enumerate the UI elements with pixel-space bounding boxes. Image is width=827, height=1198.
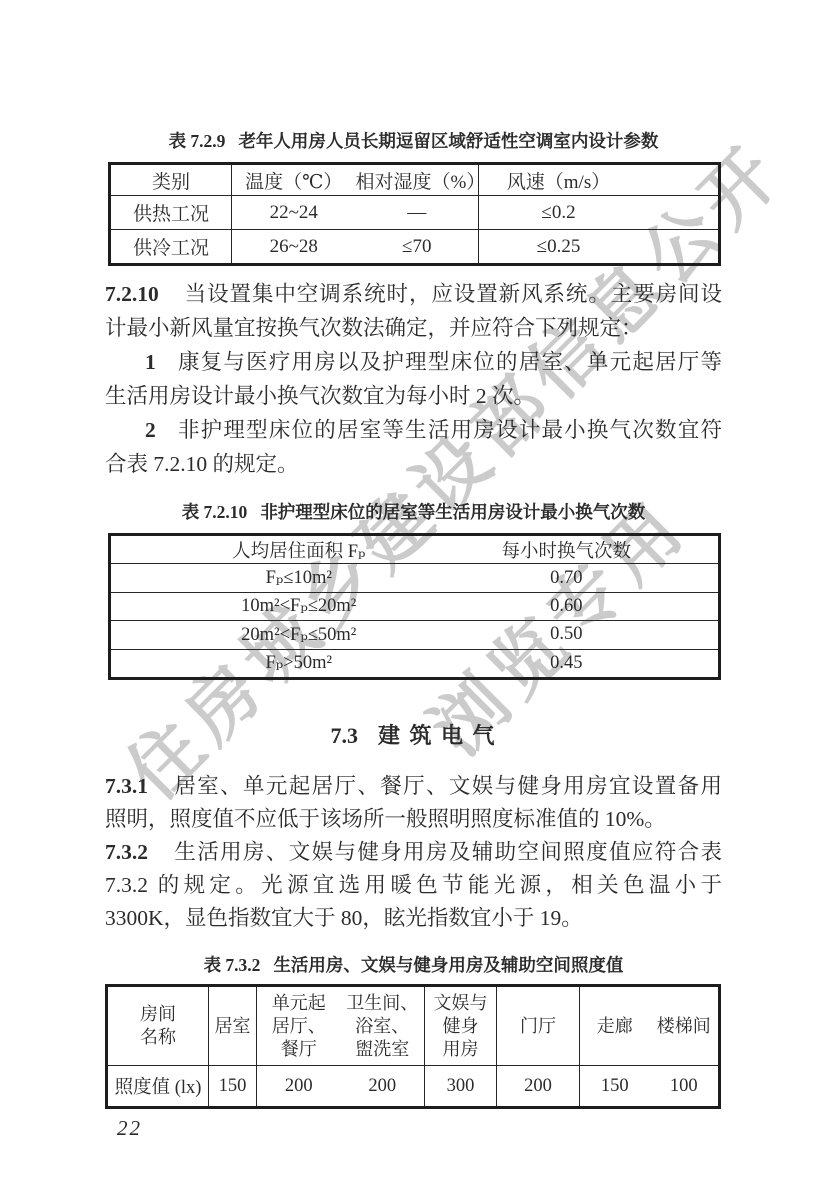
caption-title: 老年人用房人员长期逗留区域舒适性空调室内设计参数: [238, 131, 658, 151]
table-7-2-10-caption: 表 7.2.10非护理型床位的居室等生活用房设计最小换气次数: [0, 500, 827, 524]
paragraph-number: 7.2.10: [105, 282, 159, 306]
data-cell: ≤0.25: [479, 230, 720, 265]
text: 生活用房、文娱与健身用房及辅助空间照度值应符合表: [173, 840, 722, 864]
data-cell: 供热工况: [110, 196, 232, 230]
data-cell: 100: [650, 1066, 720, 1108]
text-line: 7.3.2 的规定。光源宜选用暖色节能光源，相关色温小于: [105, 869, 722, 902]
text-line: 1康复与医疗用房以及护理型床位的居室、单元起居厅等: [105, 345, 722, 379]
caption-label: 表 7.3.2: [204, 955, 261, 975]
data-cell: Fₚ>50m²: [110, 649, 415, 678]
caption-title: 生活用房、文娱与健身用房及辅助空间照度值: [273, 955, 623, 975]
text-line: 7.3.1居室、单元起居厅、餐厅、文娱与健身用房宜设置备用: [105, 770, 722, 803]
paragraph-7-3-1: 7.3.1居室、单元起居厅、餐厅、文娱与健身用房宜设置备用 照明，照度值不应低于…: [105, 770, 722, 836]
caption-title: 非护理型床位的居室等生活用房设计最小换气次数: [260, 502, 645, 522]
text: 居室、单元起居厅、餐厅、文娱与健身用房宜设置备用: [173, 774, 722, 798]
text-line: 7.3.2生活用房、文娱与健身用房及辅助空间照度值应符合表: [105, 836, 722, 869]
table-7-3-2: 房间 名称 居室 单元起 居厅、 餐厅 卫生间、 浴室、 盥洗室 文娱与 健身 …: [105, 984, 721, 1109]
text-line: 生活用房设计最小换气次数宜为每小时 2 次。: [105, 379, 722, 413]
paragraph-7-2-10: 7.2.10当设置集中空调系统时，应设置新风系统。主要房间设 计最小新风量宜按换…: [105, 277, 722, 481]
text: 3300K，显色指数宜大于 80，眩光指数宜小于 19。: [105, 906, 583, 930]
paragraph-number: 7.3.2: [105, 840, 148, 864]
header-cell: 居室: [209, 986, 257, 1066]
table-row: Fₚ>50m² 0.45: [110, 649, 720, 678]
table-row: 供热工况 22~24 — ≤0.2: [110, 196, 720, 230]
item-number: 2: [145, 418, 156, 442]
table-row: 20m²<Fₚ≤50m² 0.50: [110, 621, 720, 649]
header-cell: 每小时换气次数: [415, 535, 720, 564]
section-title: 建 筑 电 气: [378, 723, 497, 748]
text-line: 2非护理型床位的居室等生活用房设计最小换气次数宜符: [105, 413, 722, 447]
header-cell: 房间 名称: [107, 986, 209, 1066]
data-cell: 200: [341, 1066, 425, 1108]
text-line: 3300K，显色指数宜大于 80，眩光指数宜小于 19。: [105, 902, 722, 935]
data-cell: 150: [580, 1066, 650, 1108]
text: 生活用房设计最小换气次数宜为每小时 2 次。: [105, 384, 535, 408]
paragraph-7-3-2: 7.3.2生活用房、文娱与健身用房及辅助空间照度值应符合表 7.3.2 的规定。…: [105, 836, 722, 935]
header-cell: 走廊: [580, 986, 650, 1066]
text: 计最小新风量宜按换气次数法确定，并应符合下列规定：: [105, 316, 643, 340]
table-header-row: 类别 温度（℃） 相对湿度（%） 风速（m/s）: [110, 164, 720, 196]
table-row: 照度值 (lx) 150 200 200 300 200 150 100: [107, 1066, 720, 1108]
data-cell: ≤0.2: [479, 196, 720, 230]
text: 非护理型床位的居室等生活用房设计最小换气次数宜符: [177, 418, 722, 442]
text: 当设置集中空调系统时，应设置新风系统。主要房间设: [184, 282, 722, 306]
text: 合表 7.2.10 的规定。: [105, 452, 299, 476]
item-number: 1: [145, 350, 156, 374]
table-row: Fₚ≤10m² 0.70: [110, 564, 720, 592]
caption-label: 表 7.2.10: [182, 502, 248, 522]
header-cell: 风速（m/s）: [479, 164, 720, 196]
table-7-2-10: 人均居住面积 Fₚ 每小时换气次数 Fₚ≤10m² 0.70 10m²<Fₚ≤2…: [108, 533, 721, 680]
header-cell: 楼梯间: [650, 986, 720, 1066]
text-line: 计最小新风量宜按换气次数法确定，并应符合下列规定：: [105, 311, 722, 345]
header-cell: 文娱与 健身 用房: [425, 986, 497, 1066]
data-cell: 200: [257, 1066, 341, 1108]
header-cell: 卫生间、 浴室、 盥洗室: [341, 986, 425, 1066]
data-cell: 0.50: [415, 621, 720, 649]
table-7-2-9: 类别 温度（℃） 相对湿度（%） 风速（m/s） 供热工况 22~24 — ≤0…: [108, 162, 721, 266]
paragraph-number: 7.3.1: [105, 774, 148, 798]
data-cell: Fₚ≤10m²: [110, 564, 415, 592]
text: 7.3.2 的规定。光源宜选用暖色节能光源，相关色温小于: [105, 873, 722, 897]
data-cell: 0.70: [415, 564, 720, 592]
section-number: 7.3: [330, 723, 358, 748]
header-cell: 人均居住面积 Fₚ: [110, 535, 415, 564]
document-page: 住房城乡建设部信息公开 浏览专用 表 7.2.9老年人用房人员长期逗留区域舒适性…: [0, 0, 827, 1198]
text: 照明，照度值不应低于该场所一般照明照度标准值的 10%。: [105, 807, 666, 831]
data-cell: 10m²<Fₚ≤20m²: [110, 592, 415, 620]
text-line: 照明，照度值不应低于该场所一般照明照度标准值的 10%。: [105, 803, 722, 836]
data-cell: 26~28: [232, 230, 356, 265]
section-heading-7-3: 7.3建 筑 电 气: [0, 723, 827, 748]
table-header-row: 人均居住面积 Fₚ 每小时换气次数: [110, 535, 720, 564]
text-line: 7.2.10当设置集中空调系统时，应设置新风系统。主要房间设: [105, 277, 722, 311]
data-cell: 22~24: [232, 196, 356, 230]
data-cell: 200: [497, 1066, 580, 1108]
header-cell: 温度（℃）: [232, 164, 356, 196]
header-cell: 门厅: [497, 986, 580, 1066]
table-7-3-2-caption: 表 7.3.2生活用房、文娱与健身用房及辅助空间照度值: [0, 953, 827, 977]
data-cell: ≤70: [356, 230, 479, 265]
header-cell: 单元起 居厅、 餐厅: [257, 986, 341, 1066]
data-cell: 供冷工况: [110, 230, 232, 265]
caption-label: 表 7.2.9: [169, 131, 226, 151]
header-cell: 类别: [110, 164, 232, 196]
table-row: 供冷工况 26~28 ≤70 ≤0.25: [110, 230, 720, 265]
data-cell: 0.60: [415, 592, 720, 620]
header-cell: 相对湿度（%）: [356, 164, 479, 196]
data-cell: 300: [425, 1066, 497, 1108]
table-header-row: 房间 名称 居室 单元起 居厅、 餐厅 卫生间、 浴室、 盥洗室 文娱与 健身 …: [107, 986, 720, 1066]
table-7-2-9-caption: 表 7.2.9老年人用房人员长期逗留区域舒适性空调室内设计参数: [0, 129, 827, 153]
text: 康复与医疗用房以及护理型床位的居室、单元起居厅等: [177, 350, 722, 374]
text-line: 合表 7.2.10 的规定。: [105, 447, 722, 481]
data-cell: 20m²<Fₚ≤50m²: [110, 621, 415, 649]
data-cell: 150: [209, 1066, 257, 1108]
data-cell: —: [356, 196, 479, 230]
data-cell: 0.45: [415, 649, 720, 678]
page-number: 22: [117, 1116, 142, 1141]
table-row: 10m²<Fₚ≤20m² 0.60: [110, 592, 720, 620]
data-cell: 照度值 (lx): [107, 1066, 209, 1108]
